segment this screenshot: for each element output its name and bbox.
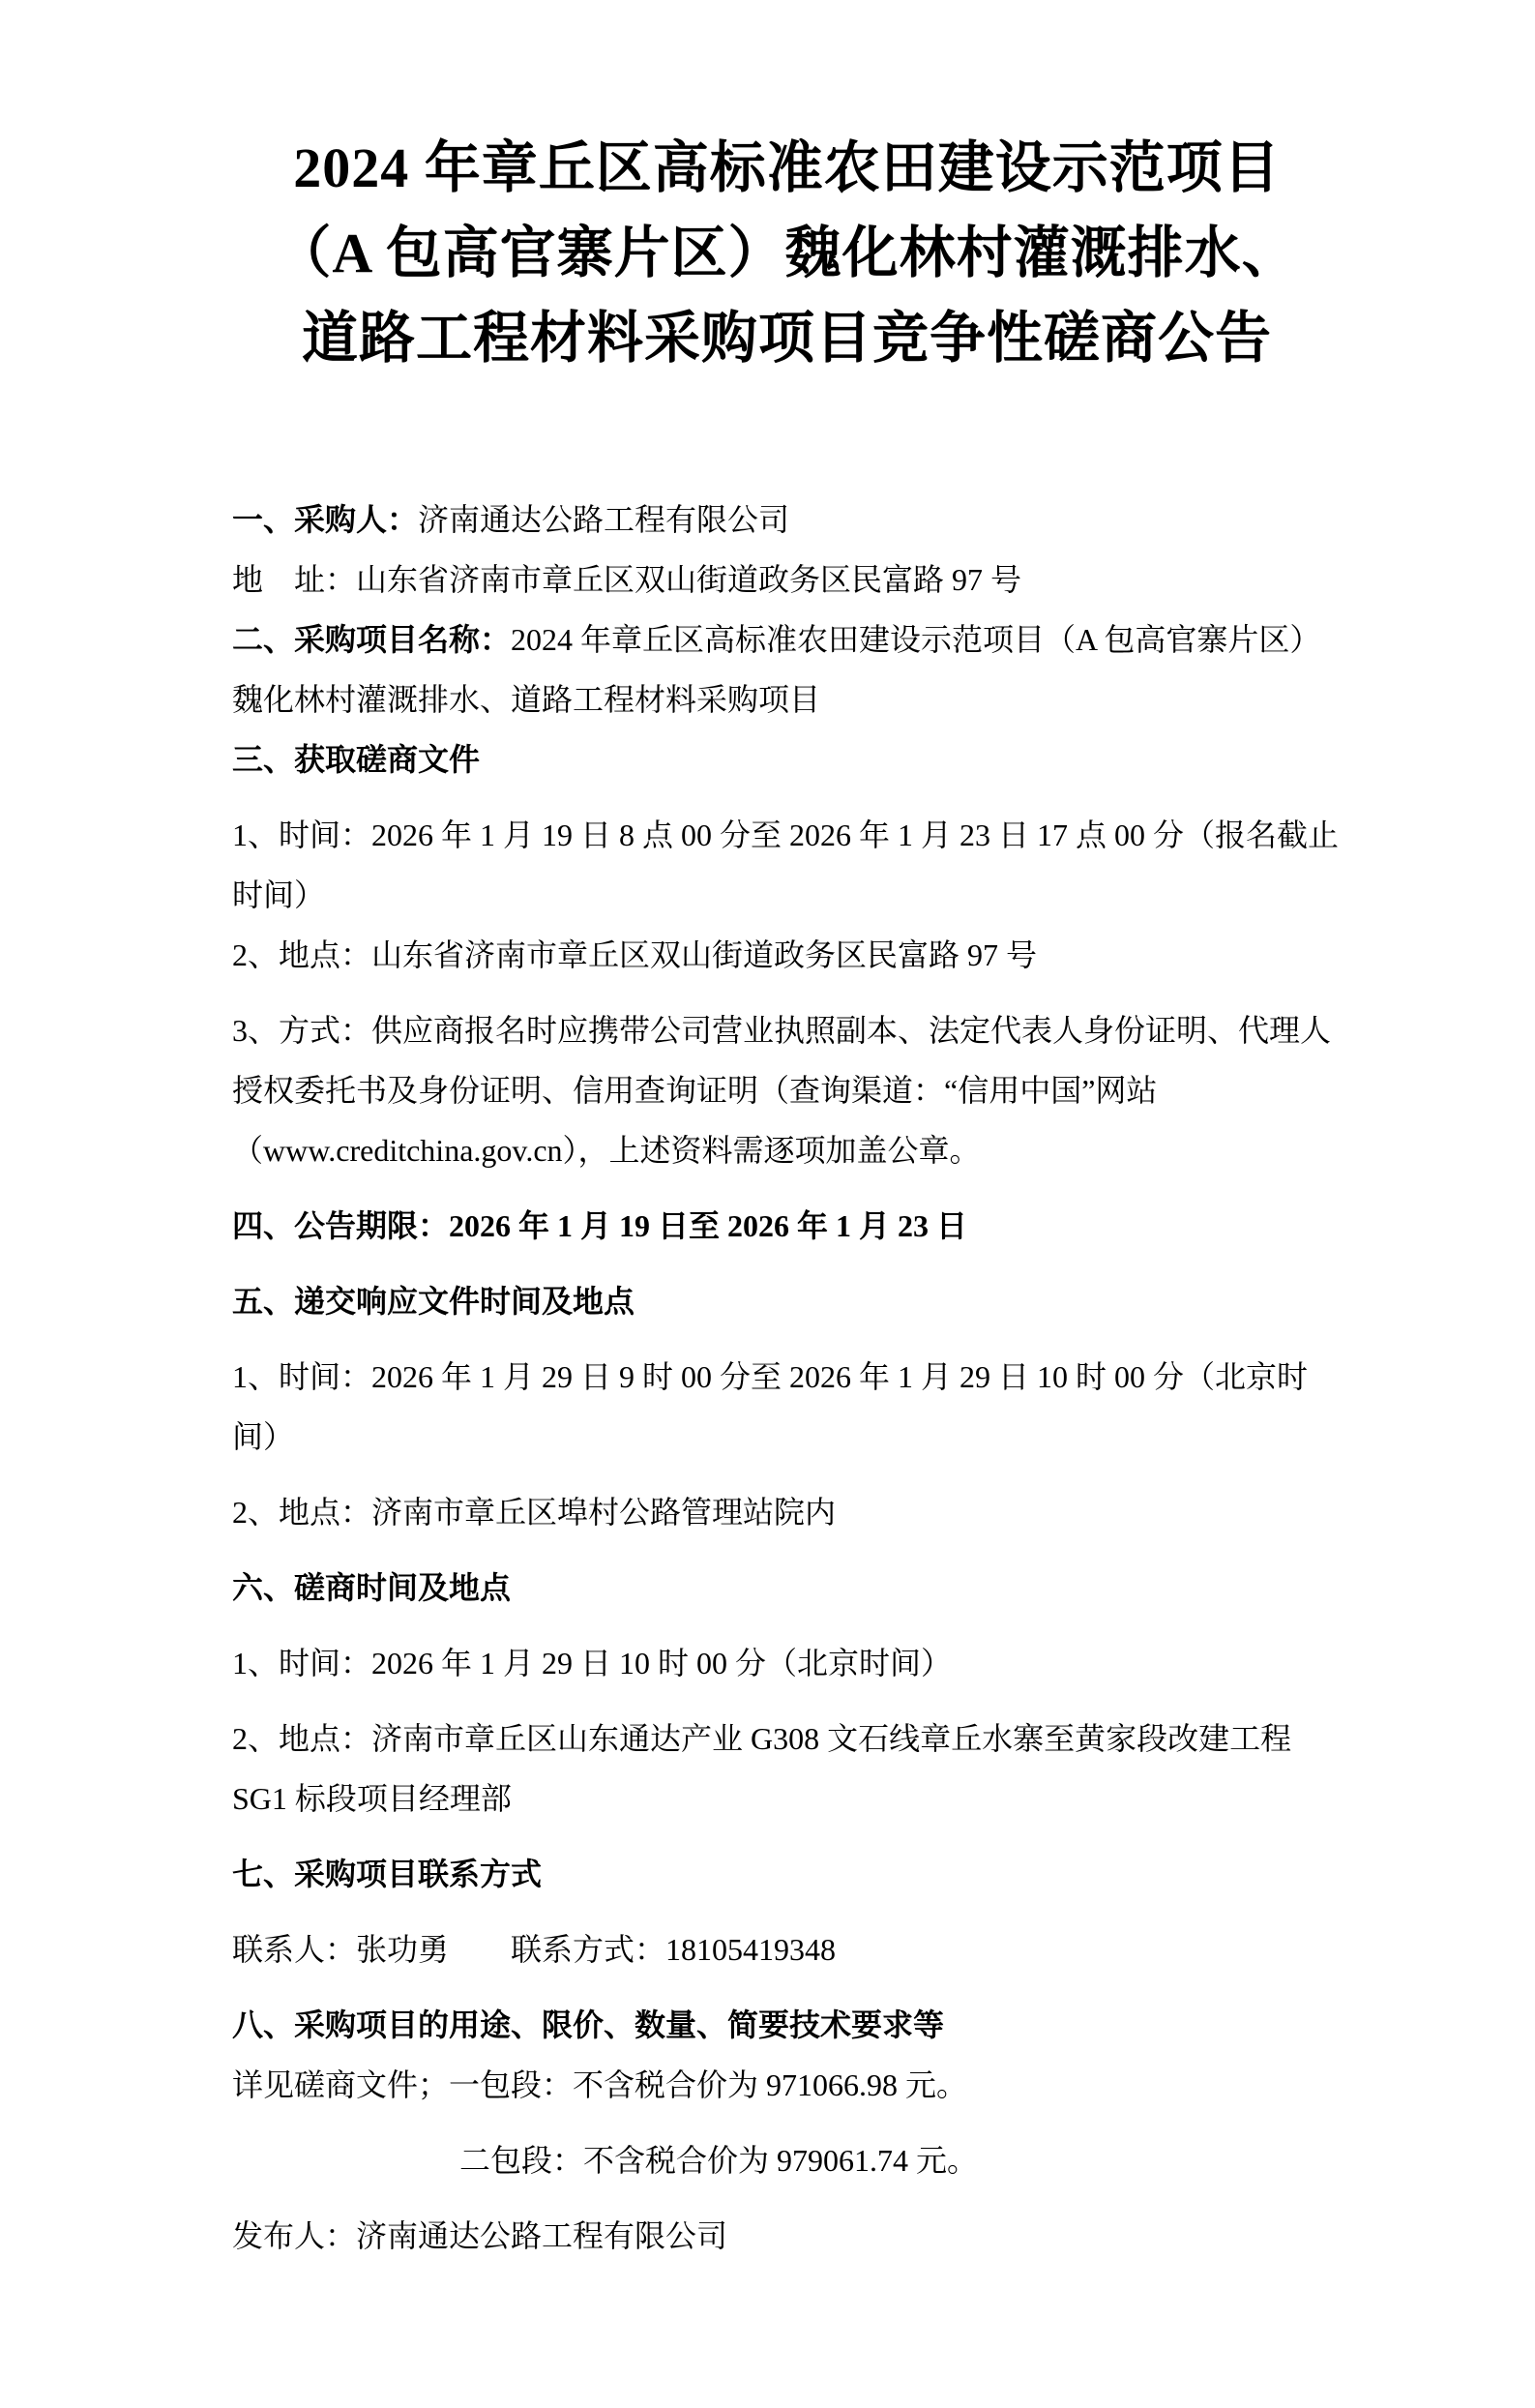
purchaser-address-line: 地 址：山东省济南市章丘区双山街道政务区民富路 97 号 [232,550,1342,609]
negotiation-time-line: 1、时间：2026 年 1 月 29 日 10 时 00 分（北京时间） [232,1633,1342,1693]
document-page: 2024 年章丘区高标准农田建设示范项目 （A 包高官寨片区）魏化林村灌溉排水、… [0,0,1535,2408]
negotiation-location-line: 2、地点：济南市章丘区山东通达产业 G308 文石线章丘水寨至黄家段改建工程 S… [232,1709,1342,1828]
title-line-3: 道路工程材料采购项目竞争性磋商公告 [232,296,1342,381]
section-heading-submit-response: 五、递交响应文件时间及地点 [232,1271,1342,1331]
price-package-1-value: 详见磋商文件；一包段：不含税合价为 971066.98 元。 [232,2067,967,2102]
price-package-1-line: 详见磋商文件；一包段：不含税合价为 971066.98 元。 [232,2055,1342,2115]
title-line-2: （A 包高官寨片区）魏化林村灌溉排水、 [232,211,1342,296]
submit-time-line: 1、时间：2026 年 1 月 29 日 9 时 00 分至 2026 年 1 … [232,1347,1342,1467]
project-name-line: 二、采购项目名称：2024 年章丘区高标准农田建设示范项目（A 包高官寨片区）魏… [232,609,1342,729]
obtain-location-value: 2、地点：山东省济南市章丘区双山街道政务区民富路 97 号 [232,937,1037,972]
price-package-2-value: 二包段：不含税合价为 979061.74 元。 [459,2143,978,2178]
obtain-method-line: 3、方式：供应商报名时应携带公司营业执照副本、法定代表人身份证明、代理人授权委托… [232,1000,1342,1180]
section-heading-negotiation: 六、磋商时间及地点 [232,1558,1342,1618]
section-heading-obtain-documents: 三、获取磋商文件 [232,729,1342,789]
section-heading-announcement-period: 四、公告期限：2026 年 1 月 19 日至 2026 年 1 月 23 日 [232,1196,1342,1256]
submit-response-heading-label: 五、递交响应文件时间及地点 [232,1284,635,1319]
publisher-value: 发布人：济南通达公路工程有限公司 [232,2218,727,2253]
negotiation-location-value: 2、地点：济南市章丘区山东通达产业 G308 文石线章丘水寨至黄家段改建工程 S… [232,1721,1291,1816]
obtain-location-line: 2、地点：山东省济南市章丘区双山街道政务区民富路 97 号 [232,925,1342,985]
section-heading-obtain-documents-label: 三、获取磋商文件 [232,742,480,777]
submit-time-value: 1、时间：2026 年 1 月 29 日 9 时 00 分至 2026 年 1 … [232,1359,1308,1454]
negotiation-heading-label: 六、磋商时间及地点 [232,1570,511,1605]
purchaser-address-value: 地 址：山东省济南市章丘区双山街道政务区民富路 97 号 [232,562,1021,597]
project-name-label: 二、采购项目名称： [232,622,511,657]
title-line-1: 2024 年章丘区高标准农田建设示范项目 [232,126,1342,211]
section-heading-contact: 七、采购项目联系方式 [232,1844,1342,1904]
obtain-method-value: 3、方式：供应商报名时应携带公司营业执照副本、法定代表人身份证明、代理人授权委托… [232,1013,1331,1168]
obtain-time-value: 1、时间：2026 年 1 月 19 日 8 点 00 分至 2026 年 1 … [232,818,1339,912]
publisher-line: 发布人：济南通达公路工程有限公司 [232,2206,1342,2266]
announcement-period-label: 四、公告期限：2026 年 1 月 19 日至 2026 年 1 月 23 日 [232,1208,967,1243]
contact-heading-label: 七、采购项目联系方式 [232,1857,542,1891]
requirements-heading-label: 八、采购项目的用途、限价、数量、简要技术要求等 [232,2007,944,2042]
purchaser-value: 济南通达公路工程有限公司 [418,502,789,537]
negotiation-time-value: 1、时间：2026 年 1 月 29 日 10 时 00 分（北京时间） [232,1646,952,1680]
purchaser-line: 一、采购人：济南通达公路工程有限公司 [232,490,1342,550]
purchaser-label: 一、采购人： [232,502,418,537]
submit-location-line: 2、地点：济南市章丘区埠村公路管理站院内 [232,1482,1342,1542]
contact-person-value: 联系人：张功勇 联系方式：18105419348 [232,1932,836,1967]
contact-person-line: 联系人：张功勇 联系方式：18105419348 [232,1919,1342,1979]
submit-location-value: 2、地点：济南市章丘区埠村公路管理站院内 [232,1495,836,1530]
section-heading-requirements: 八、采购项目的用途、限价、数量、简要技术要求等 [232,1995,1342,2055]
obtain-time-line: 1、时间：2026 年 1 月 19 日 8 点 00 分至 2026 年 1 … [232,805,1342,925]
price-package-2-line: 二包段：不含税合价为 979061.74 元。 [232,2130,1342,2190]
document-title: 2024 年章丘区高标准农田建设示范项目 （A 包高官寨片区）魏化林村灌溉排水、… [232,126,1342,381]
